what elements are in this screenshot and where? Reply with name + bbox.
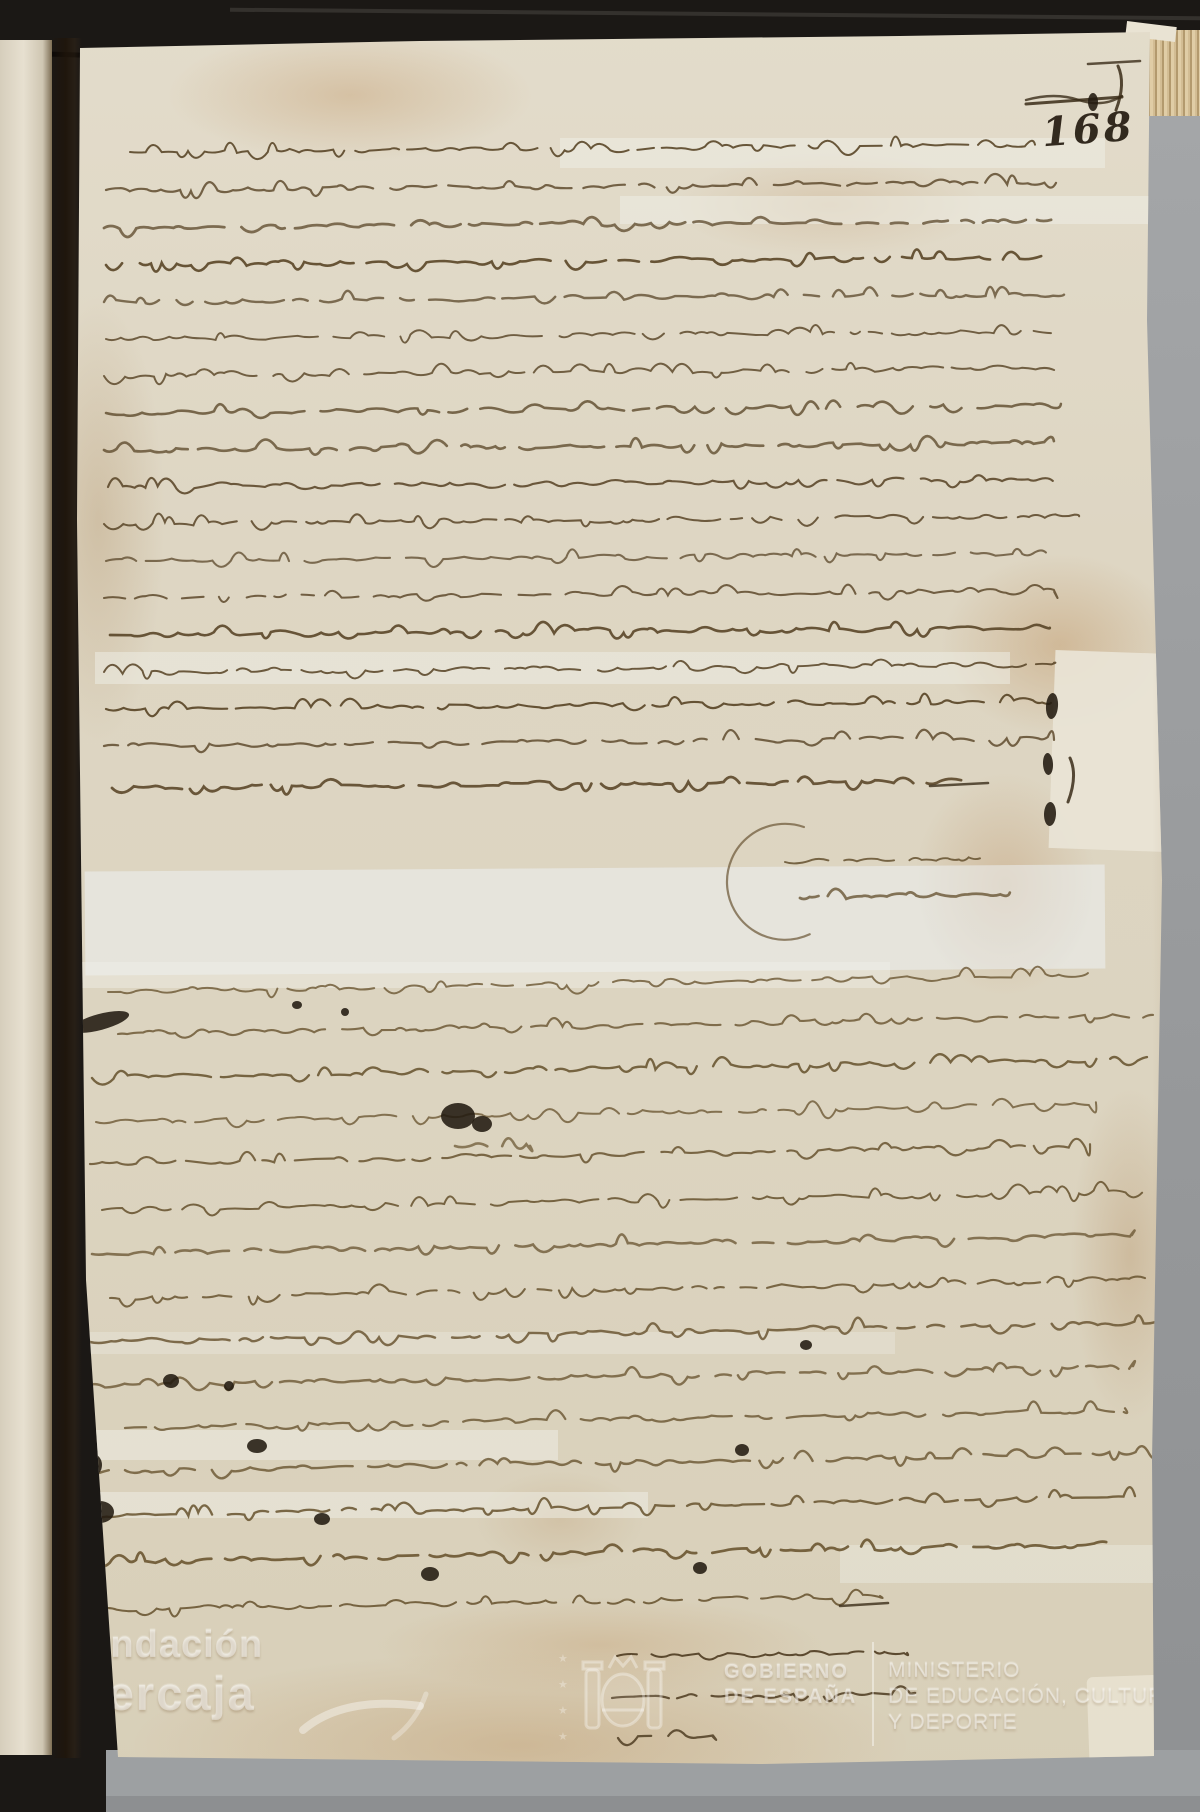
repair-tape <box>78 1492 648 1518</box>
repair-tape <box>60 962 890 988</box>
svg-text:★: ★ <box>558 1679 568 1691</box>
svg-text:★: ★ <box>558 1731 568 1743</box>
ink-blob <box>693 1562 707 1574</box>
ink-blob <box>341 1008 349 1016</box>
watermark-gobierno: GOBIERNO DE ESPAÑA <box>724 1660 857 1710</box>
ibercaja-swoosh-icon <box>298 1688 433 1743</box>
ink-blob <box>421 1567 439 1581</box>
watermark-gobierno-line2: DE ESPAÑA <box>724 1685 857 1710</box>
repair-tape <box>78 1430 558 1460</box>
svg-text:★: ★ <box>558 1705 568 1717</box>
ink-blob <box>224 1381 234 1391</box>
repair-tape <box>840 1545 1165 1583</box>
repair-tape <box>560 138 1105 168</box>
watermark-ministerio-line2: DE EDUCACIÓN, CULTURA <box>888 1684 1179 1710</box>
watermark-ibercaja-line2: ibercaja <box>62 1670 263 1717</box>
spain-coat-of-arms-icon: ★★ ★★ <box>552 1630 692 1758</box>
folio-number: 168 <box>1040 103 1136 156</box>
repair-tape <box>75 1332 895 1354</box>
repair-tape <box>95 652 1010 684</box>
ink-blob <box>441 1103 475 1129</box>
watermark-ministerio: MINISTERIO DE EDUCACIÓN, CULTURA Y DEPOR… <box>888 1658 1179 1736</box>
manuscript-page: 168 Fundación ibercaja ★★ ★★ <box>0 0 1200 1812</box>
binding-seam <box>230 8 1200 21</box>
ink-blob <box>735 1444 749 1456</box>
watermark-divider <box>872 1642 874 1746</box>
book-fore-edge <box>1146 30 1200 116</box>
pasted-paper-patch <box>1049 650 1174 852</box>
watermark-ibercaja: Fundación ibercaja <box>62 1626 263 1717</box>
gutter-shadow <box>52 38 82 1758</box>
watermark-ministerio-line3: Y DEPORTE <box>888 1710 1179 1736</box>
repair-patch-large <box>85 864 1106 975</box>
repair-tape <box>620 196 1155 224</box>
watermark-ibercaja-line1: Fundación <box>62 1626 263 1664</box>
ink-blob <box>292 1001 302 1009</box>
ink-blob <box>472 1116 492 1132</box>
previous-page-edge <box>0 40 52 1755</box>
svg-text:★: ★ <box>558 1653 568 1665</box>
ink-blob <box>163 1374 179 1388</box>
watermark-gobierno-line1: GOBIERNO <box>724 1660 857 1685</box>
watermark-ministerio-line1: MINISTERIO <box>888 1658 1179 1684</box>
manuscript-photo: 168 Fundación ibercaja ★★ ★★ <box>0 0 1200 1812</box>
